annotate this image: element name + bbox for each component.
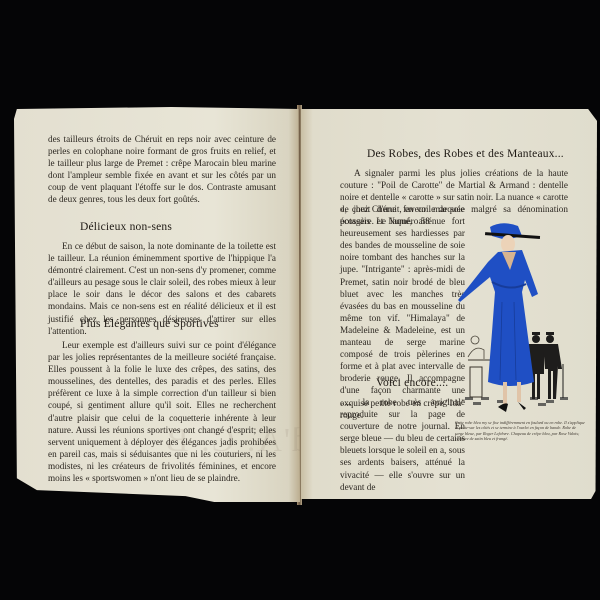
section-heading-delicieux: Délicieux non-sens <box>80 221 172 233</box>
seated-man-sketch-icon <box>468 336 484 359</box>
section-body-plus-elegantes: Leur exemple est d'ailleurs suivi sur ce… <box>48 339 276 484</box>
left-page: Les Succès d'A. C. B des tailleurs étroi… <box>14 107 300 502</box>
gentlemen-figures-icon <box>528 332 563 399</box>
checkered-floor-icon <box>465 397 568 406</box>
fashion-illustration <box>440 222 590 422</box>
section-heading-des-robes: Des Robes, des Robes et des Manteaux... <box>367 148 564 160</box>
section-heading-plus-elegantes: Plus Elégantes que Sportives <box>80 318 219 330</box>
intro-paragraph: des tailleurs étroits de Chéruit en reps… <box>48 133 276 206</box>
illustration-caption: Cette robe bleu roy se fixe indifféremme… <box>455 420 585 442</box>
section-heading-voici-encore: Voici encore.... <box>376 377 448 389</box>
